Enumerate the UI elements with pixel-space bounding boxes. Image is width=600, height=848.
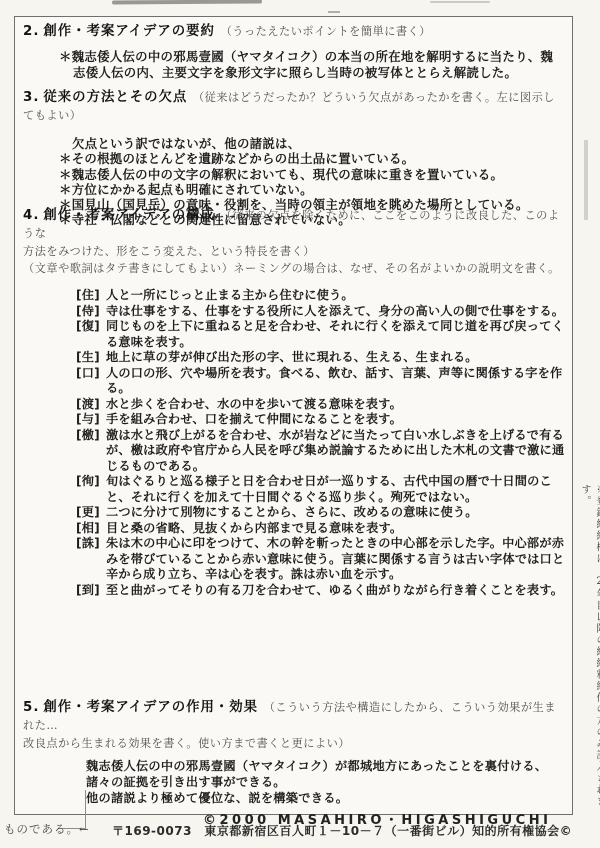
character-entry: [生]地上に草の芽が伸び出た形の字、世に現れる、生える、生まれる。 [76, 350, 568, 366]
character-entry: [侍]寺は仕事をする、仕事をする役所に人を添えて、身分の高い人の側で仕事をする。 [76, 304, 568, 320]
scan-smudge [328, 11, 340, 13]
section-summary-heading: 2.創作・考案アイデアの要約 （うったえたいポイントを簡単に書く） [23, 23, 564, 41]
section-effect: 5.創作・考案アイデアの作用・効果 （こういう方法や構造にしたから、こういう効果… [23, 699, 564, 828]
scan-streak [584, 140, 588, 220]
entry-label: [相] [76, 521, 106, 537]
section-prior-art-heading: 3.従来の方法とその欠点 （従来はどうだったか？どういう欠点があったかを書く。左… [23, 89, 564, 125]
section-number: 2. [23, 24, 39, 39]
character-entry: [復]同じものを上下に重ねると足を合わせ、それに行くを添えて同じ道を再び戻ってく… [76, 319, 568, 350]
footer-address: 〒169-0073 東京都新宿区百人町１－10－７（一番街ビル）知的所有権協会© [112, 822, 572, 839]
entry-label: [住] [76, 288, 106, 304]
insertion-margin-note: ものである。← [4, 821, 90, 837]
section-number: 3. [23, 90, 39, 105]
section-hint-continued: 方法をみつけた、形をこう変えた、という特長を書く） [23, 243, 564, 260]
registration-side-note: ※登録継続欄は、2年目以降の継続料納付の方のみ記入されます。 [577, 484, 600, 814]
section-title: 創作・考案アイデアの要約 [43, 24, 214, 39]
form-border-box: 2.創作・考案アイデアの要約 （うったえたいポイントを簡単に書く） ＊魏志倭人伝… [14, 16, 573, 815]
section-composition: 4.創作・考案アイデアの構成 （従来の欠点を除くために、ここをこのように改良した… [23, 207, 564, 598]
entry-label: [到] [76, 583, 106, 599]
section-number: 5. [23, 700, 39, 715]
entry-label: [侍] [76, 304, 106, 320]
entry-label: [復] [76, 319, 106, 335]
character-entry: [与]手を組み合わせ、口を揃えて仲間になることを表す。 [76, 412, 568, 428]
entry-label: [檄] [76, 428, 106, 444]
effect-paragraph: 他の諸説より極めて優位な、説を構築できる。 [86, 791, 570, 807]
section-effect-heading: 5.創作・考案アイデアの作用・効果 （こういう方法や構造にしたから、こういう効果… [23, 699, 564, 735]
entry-text: 二つに分けて別物にすることから、さらに、改めるの意味に使う。 [106, 505, 478, 519]
character-entry: [相]目と桑の省略、見抜くから内部まで見る意味を表す。 [76, 521, 568, 537]
entry-text: 激は水と飛び上がるを合わせ、水が岩などに当たって白い水しぶきを上げるで有るが、檄… [106, 428, 564, 473]
effect-paragraph: 魏志倭人伝の中の邪馬壹國（ヤマタイコク）が都城地方にあったことを裏付ける、諸々の… [86, 759, 570, 791]
prior-art-item: ＊その根拠のほとんどを遺跡などからの出土品に置いている。 [23, 151, 564, 166]
left-arrow-icon: ← [79, 822, 90, 836]
character-entry: [口]人の口の形、穴や場所を表す。食べる、飲む、話す、言葉、声等に関係する字を作… [76, 366, 568, 397]
scan-smudge [430, 1, 490, 3]
insertion-note-text: ものである。 [4, 822, 79, 836]
entry-label: [更] [76, 505, 106, 521]
entry-text: 同じものを上下に重ねると足を合わせ、それに行くを添えて同じ道を再び戻ってくる意味… [106, 319, 564, 349]
section-title: 従来の方法とその欠点 [43, 90, 187, 105]
entry-text: 寺は仕事をする、仕事をする役所に人を添えて、身分の高い人の側で仕事をする。 [106, 304, 564, 318]
section-composition-heading: 4.創作・考案アイデアの構成 （従来の欠点を除くために、ここをこのように改良した… [23, 207, 564, 243]
section-title: 創作・考案アイデアの作用・効果 [43, 700, 258, 715]
entry-label: [徇] [76, 474, 106, 490]
character-entry: [渡]水と歩くを合わせ、水の中を歩いて渡る意味を表す。 [76, 397, 568, 413]
entry-text: 水と歩くを合わせ、水の中を歩いて渡る意味を表す。 [106, 397, 402, 411]
entry-text: 手を組み合わせ、口を揃えて仲間になることを表す。 [106, 412, 402, 426]
entry-text: 目と桑の省略、見抜くから内部まで見る意味を表す。 [106, 521, 402, 535]
entry-text: 人と一所にじっと止まる主から住むに使う。 [106, 288, 354, 302]
section-number: 4. [23, 208, 39, 223]
entry-text: 旬はぐるりと巡る様子と日を合わせ日が一巡りする、古代中国の暦で十日間のこと、それ… [106, 474, 552, 504]
character-entry: [誅]朱は木の中心に印をつけて、木の幹を斬ったときの中心部を示した字。中心部が赤… [76, 536, 568, 583]
entry-text: 地上に草の芽が伸び出た形の字、世に現れる、生える、生まれる。 [106, 350, 478, 364]
entry-text: 至と曲がってそりの有る刀を合わせて、ゆるく曲がりながら行き着くことを表す。 [106, 583, 563, 597]
character-entry: [徇]旬はぐるりと巡る様子と日を合わせ日が一巡りする、古代中国の暦で十日間のこと… [76, 474, 568, 505]
entry-label: [渡] [76, 397, 106, 413]
section-hint: （うったえたいポイントを簡単に書く） [221, 25, 431, 38]
section-hint-naming: （文章や歌詞はタテ書きにしてもよい）ネーミングの場合は、なぜ、その名がよいかの説… [23, 260, 564, 277]
section-summary: 2.創作・考案アイデアの要約 （うったえたいポイントを簡単に書く） ＊魏志倭人伝… [23, 23, 564, 80]
scan-smudge [112, 0, 262, 5]
entry-label: [与] [76, 412, 106, 428]
character-entry-list: [住]人と一所にじっと止まる主から住むに使う。 [侍]寺は仕事をする、仕事をする… [76, 288, 568, 598]
entry-label: [生] [76, 350, 106, 366]
entry-text: 朱は木の中心に印をつけて、木の幹を斬ったときの中心部を示した字。中心部が赤みを帯… [106, 536, 564, 581]
character-entry: [更]二つに分けて別物にすることから、さらに、改めるの意味に使う。 [76, 505, 568, 521]
summary-item: ＊魏志倭人伝の中の邪馬壹國（ヤマタイコク）の本当の所在地を解明するに当たり、魏志… [23, 49, 564, 80]
character-entry: [檄]激は水と飛び上がるを合わせ、水が岩などに当たって白い水しぶきを上げるで有る… [76, 428, 568, 475]
character-entry: [住]人と一所にじっと止まる主から住むに使う。 [76, 288, 568, 304]
entry-label: [口] [76, 366, 106, 382]
prior-art-item: ＊魏志倭人伝の中の文字の解釈においても、現代の意味に重きを置いている。 [23, 167, 564, 182]
section-hint-continued: 改良点から生まれる効果を書く。使い方まで書くと更によい） [23, 735, 564, 752]
entry-text: 人の口の形、穴や場所を表す。食べる、飲む、話す、言葉、声等に関係する字を作る。 [106, 366, 562, 396]
entry-label: [誅] [76, 536, 106, 552]
prior-art-intro: 欠点という訳ではないが、他の諸説は、 [72, 136, 564, 151]
section-title: 創作・考案アイデアの構成 [43, 208, 214, 223]
scanned-document-page: { "colors": { "paper": "#faf9f5", "ink":… [0, 0, 600, 848]
character-entry: [到]至と曲がってそりの有る刀を合わせて、ゆるく曲がりながら行き着くことを表す。 [76, 583, 568, 599]
prior-art-item: ＊方位にかかる起点も明確にされていない。 [23, 182, 564, 197]
